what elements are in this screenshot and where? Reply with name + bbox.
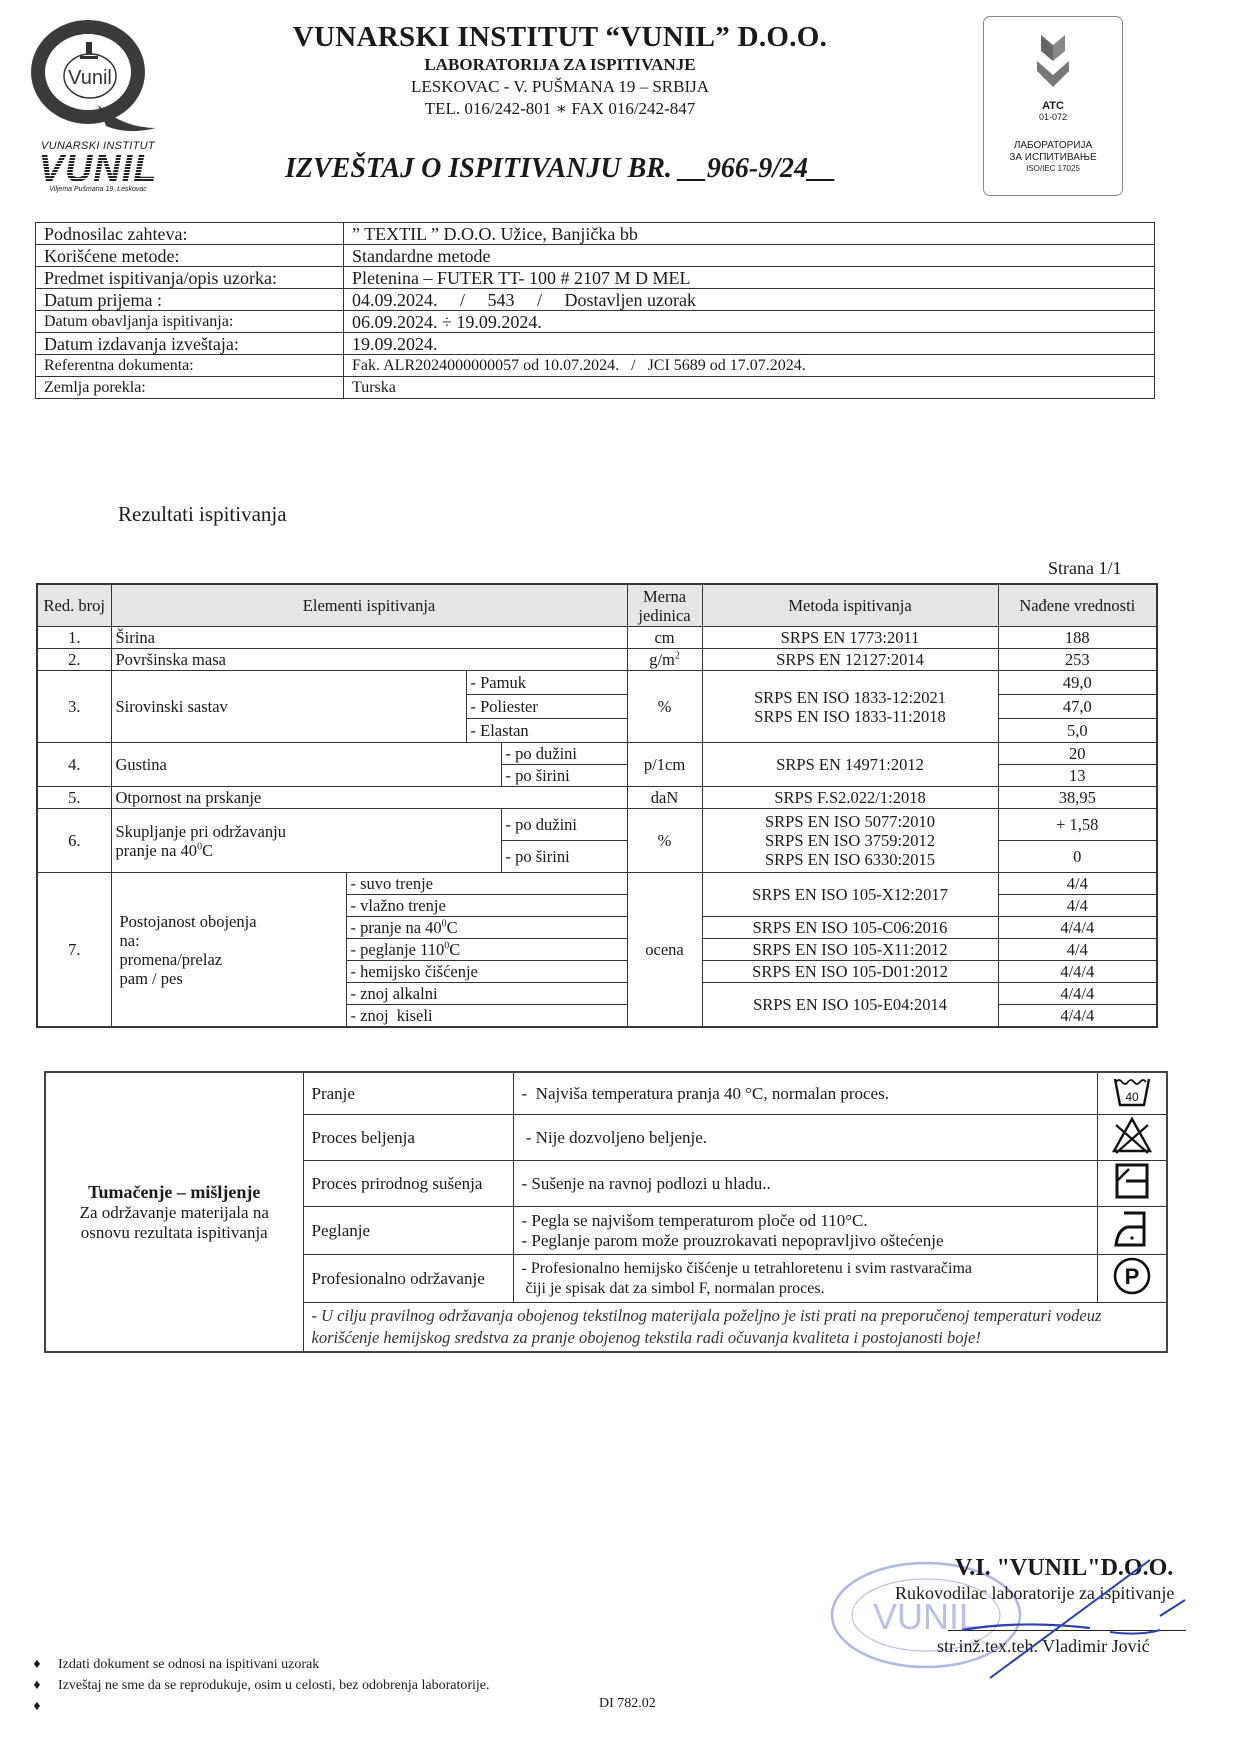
table-row: 4. Gustina - po dužini p/1cm SRPS EN 149… (37, 743, 1157, 765)
care-row: Tumačenje – mišljenje Za održavanje mate… (45, 1072, 1167, 1115)
table-row: 6. Skupljanje pri održavanju pranje na 4… (37, 809, 1157, 841)
accreditation-badge: ATC 01-072 ЛАБОРАТОРИЈА ЗА ИСПИТИВАЊЕ IS… (983, 16, 1123, 196)
results-table: Red. broj Elementi ispitivanja Merna jed… (36, 583, 1158, 1028)
footer-note: ♦Izveštaj ne sme da se reprodukuje, osim… (16, 1675, 490, 1696)
wash-40-icon: 40 (1097, 1072, 1167, 1115)
page-number: Strana 1/1 (1048, 558, 1122, 579)
report-title: IZVEŠTAJ O ISPITIVANJU BR. __966-9/24__ (285, 153, 836, 185)
info-row: Referentna dokumenta:Fak. ALR20240000000… (36, 355, 1155, 377)
footer-notes: ♦Izdati dokument se odnosi na ispitivani… (16, 1654, 490, 1717)
vunil-q-logo: Vunil (28, 20, 158, 135)
dry-clean-p-icon: P (1097, 1255, 1167, 1303)
accreditation-label: ЛАБОРАТОРИЈА ЗА ИСПИТИВАЊЕ (984, 140, 1122, 164)
footer-note: ♦Izdati dokument se odnosi na ispitivani… (16, 1654, 490, 1675)
svg-text:P: P (1124, 1264, 1139, 1289)
col-header-method: Metoda ispitivanja (702, 584, 998, 627)
institute-phone: TEL. 016/242-801 ∗ FAX 016/242-847 (240, 98, 880, 120)
request-info-table: Podnosilac zahteva:” TEXTIL ” D.O.O. Uži… (35, 222, 1155, 399)
institute-address: LESKOVAC - V. PUŠMANA 19 – SRBIJA (240, 76, 880, 98)
handwritten-signature (960, 1550, 1190, 1680)
svg-text:40: 40 (1125, 1090, 1139, 1104)
iso-standard: ISO/IEC 17025 (984, 164, 1122, 173)
info-row: Korišćene metode:Standardne metode (36, 245, 1155, 267)
info-row: Predmet ispitivanja/opis uzorka:Pletenin… (36, 267, 1155, 289)
info-row: Datum prijema :04.09.2024. / 543 / Dosta… (36, 289, 1155, 311)
footer-note: ♦ (16, 1696, 490, 1717)
care-note: - U cilju pravilnog održavanja obojenog … (303, 1303, 1167, 1353)
info-row: Zemlja porekla:Turska (36, 377, 1155, 399)
col-header-unit: Merna jedinica (627, 584, 702, 627)
atc-mark: ATC (984, 100, 1122, 112)
care-opinion: Tumačenje – mišljenje Za održavanje mate… (45, 1072, 303, 1352)
atc-number: 01-072 (984, 112, 1122, 122)
no-bleach-icon (1097, 1115, 1167, 1161)
table-row: 3. Sirovinski sastav - Pamuk % SRPS EN I… (37, 671, 1157, 695)
table-row: 7. Postojanost obojenja na: promena/prel… (37, 873, 1157, 895)
results-header-row: Red. broj Elementi ispitivanja Merna jed… (37, 584, 1157, 627)
results-heading: Rezultati ispitivanja (118, 502, 287, 527)
col-header-no: Red. broj (37, 584, 111, 627)
col-header-element: Elementi ispitivanja (111, 584, 627, 627)
table-row: 2. Površinska masa g/m2 SRPS EN 12127:20… (37, 649, 1157, 671)
iron-low-icon (1097, 1207, 1167, 1255)
info-row: Datum obavljanja ispitivanja:06.09.2024.… (36, 311, 1155, 333)
col-header-value: Nađene vrednosti (998, 584, 1157, 627)
info-row: Podnosilac zahteva:” TEXTIL ” D.O.O. Uži… (36, 223, 1155, 245)
table-row: 5. Otpornost na prskanje daN SRPS F.S2.0… (37, 787, 1157, 809)
care-instructions-table: Tumačenje – mišljenje Za održavanje mate… (44, 1071, 1168, 1353)
dry-flat-shade-icon (1097, 1161, 1167, 1207)
institute-name: VUNARSKI INSTITUT “VUNIL” D.O.O. (240, 20, 880, 54)
lab-name: LABORATORIJA ZA ISPITIVANJE (240, 54, 880, 76)
info-row: Datum izdavanja izveštaja:19.09.2024. (36, 333, 1155, 355)
document-code: DI 782.02 (599, 1696, 656, 1712)
svg-text:Vunil: Vunil (68, 67, 112, 89)
table-row: 1. Širina cm SRPS EN 1773:2011 188 (37, 627, 1157, 649)
institute-header: VUNARSKI INSTITUT “VUNIL” D.O.O. LABORAT… (240, 20, 880, 120)
logo-wordmark: VUNIL (28, 152, 168, 186)
vunil-wordmark: VUNARSKI INSTITUT VUNIL Viljema Pušmana … (28, 140, 168, 193)
atc-logo-icon (1033, 31, 1073, 91)
